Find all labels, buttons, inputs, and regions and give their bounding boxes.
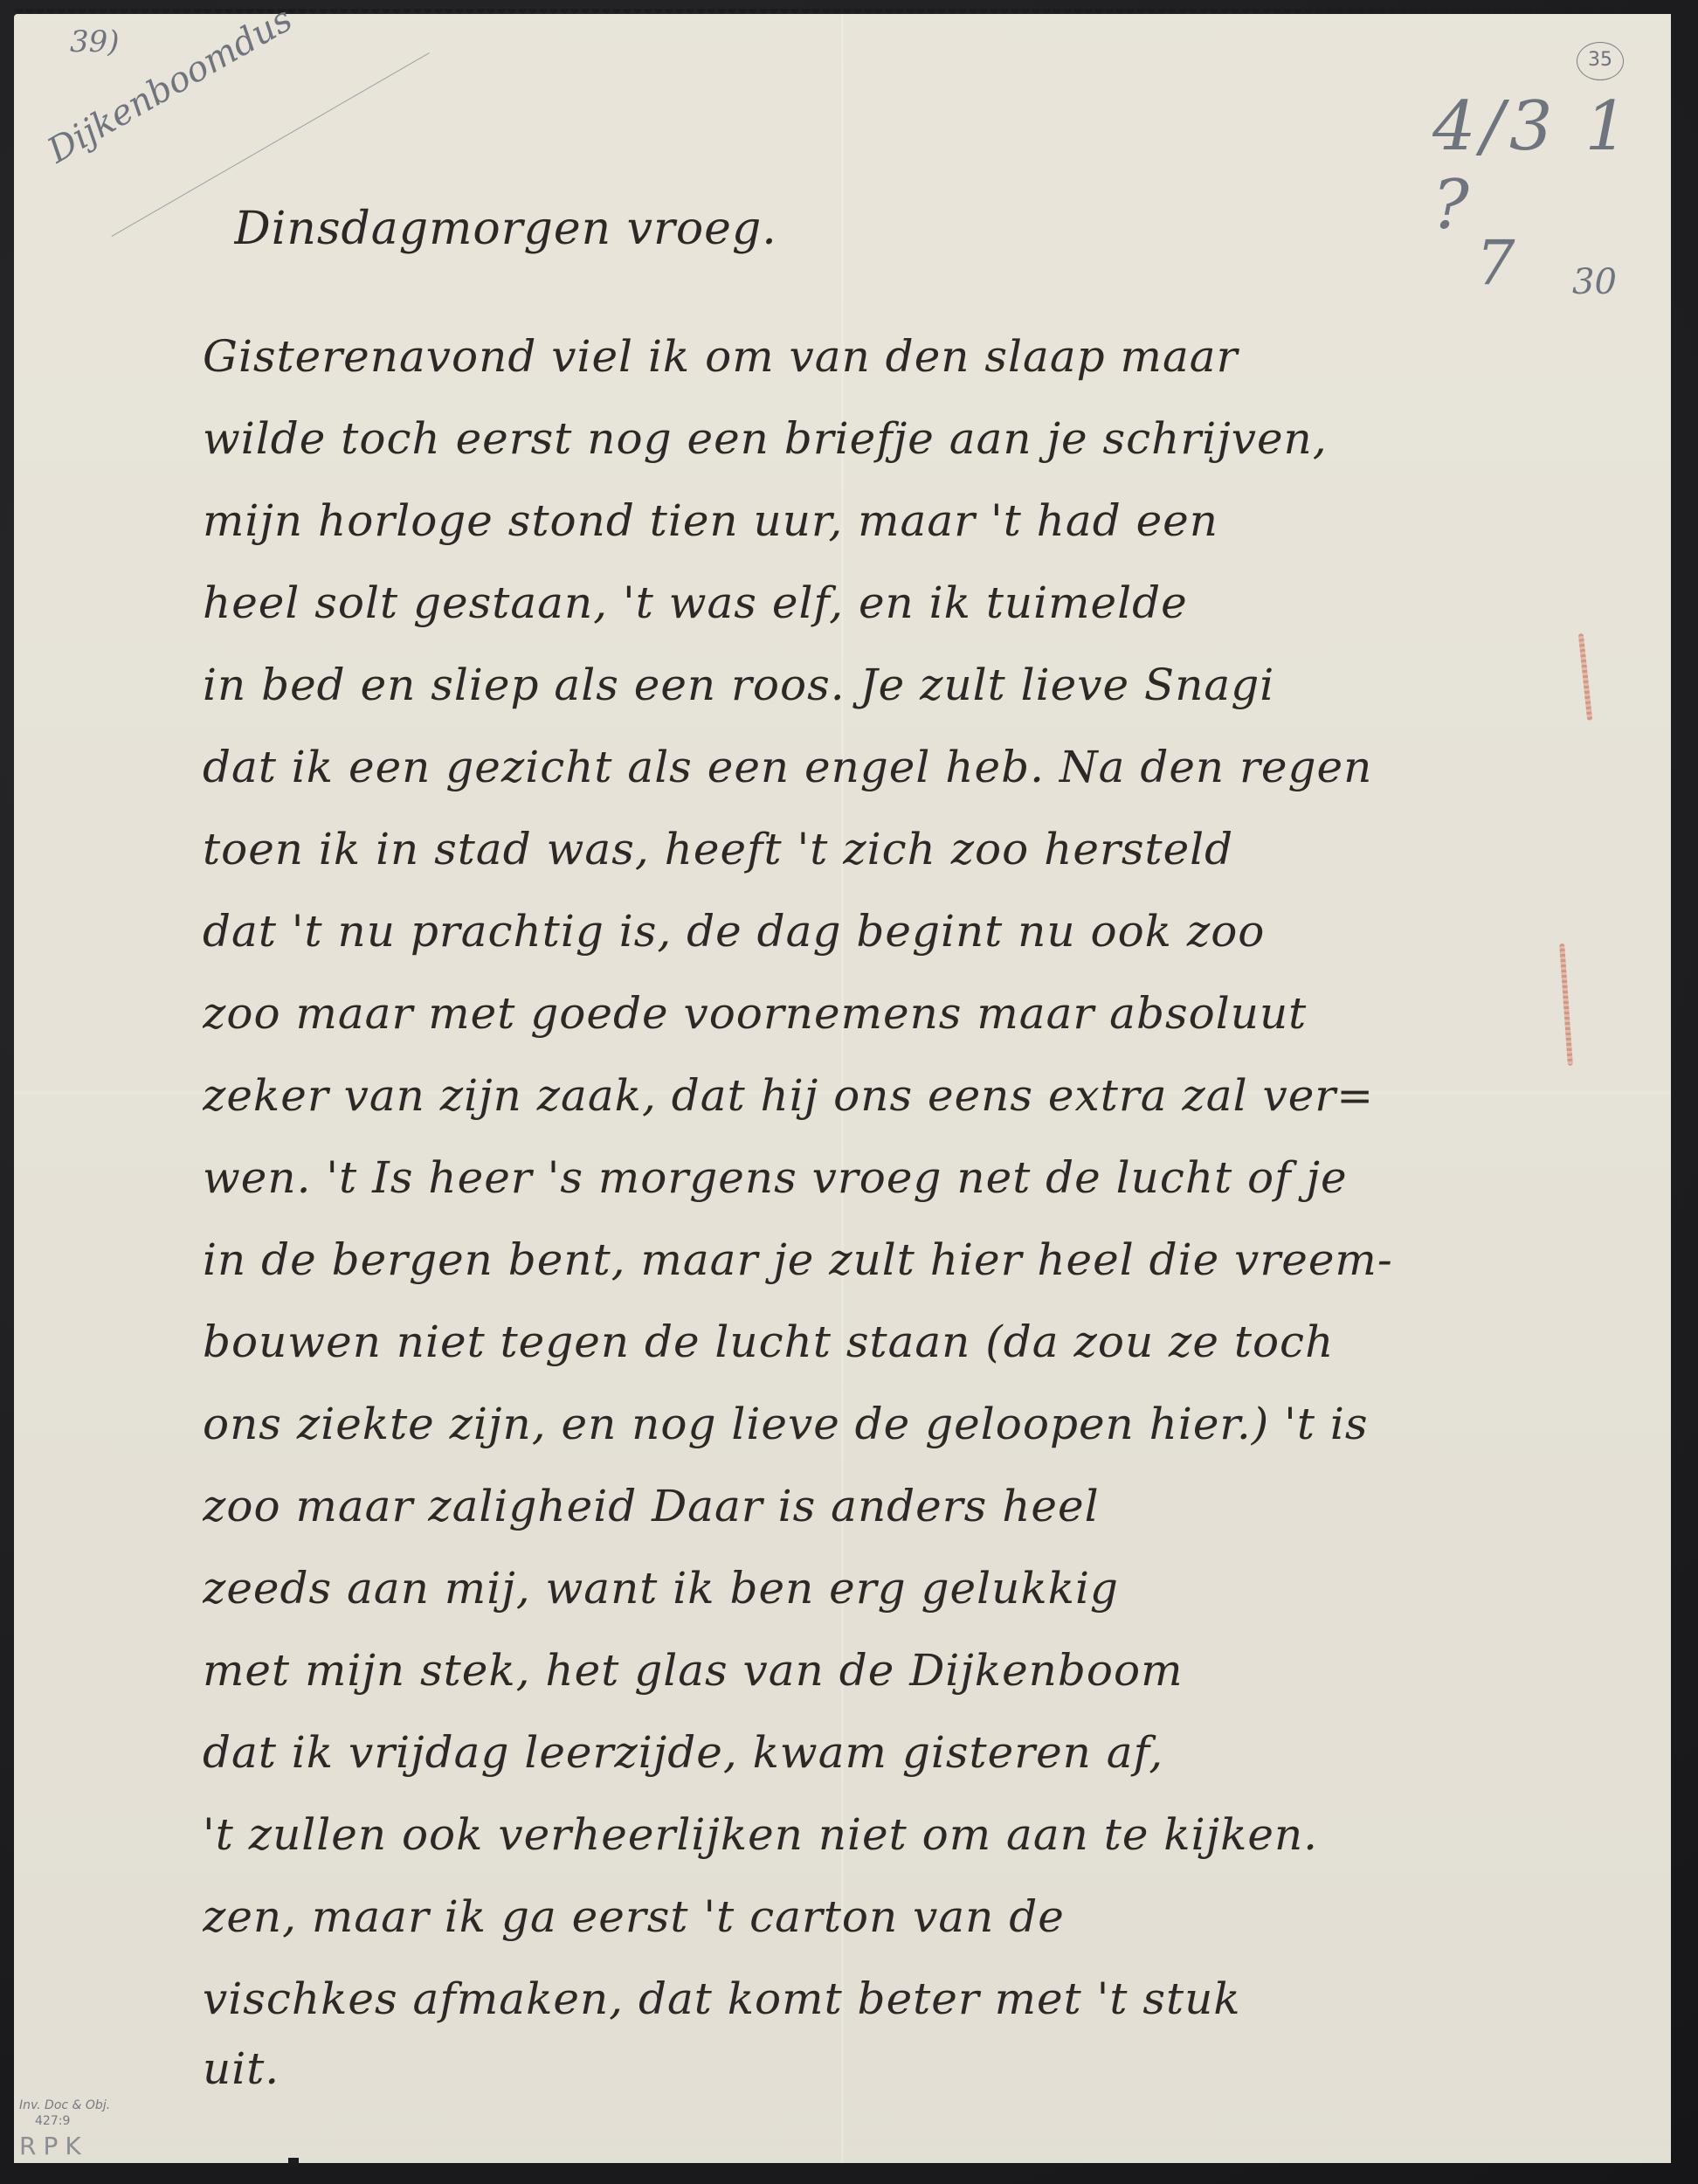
letter-line: ons ziekte zijn, en nog lieve de geloope… bbox=[203, 1398, 1513, 1450]
letter-line: wen. 't Is heer 's morgens vroeg net de … bbox=[203, 1151, 1513, 1204]
letter-heading: Dinsdagmorgen vroeg. bbox=[234, 203, 1544, 255]
letter-line: heel solt gestaan, 't was elf, en ik tui… bbox=[203, 577, 1513, 629]
letter-line: bouwen niet tegen de lucht staan (da zou… bbox=[203, 1316, 1513, 1368]
collection-stamp: RPK bbox=[19, 2132, 88, 2160]
letter-line: mijn horloge stond tien uur, maar 't had… bbox=[203, 494, 1513, 547]
letter-line: zeker van zijn zaak, dat hij ons eens ex… bbox=[203, 1069, 1513, 1122]
letter-line: vischkes afmaken, dat komt beter met 't … bbox=[203, 1973, 1513, 2025]
folio-number: 35 bbox=[1577, 42, 1624, 80]
letter-line: 't zullen ook verheerlijken niet om aan … bbox=[203, 1808, 1513, 1861]
letter-line: Gisterenavond viel ik om van den slaap m… bbox=[203, 330, 1513, 383]
letter-line: dat ik vrijdag leerzijde, kwam gisteren … bbox=[203, 1726, 1513, 1779]
letter-line: zoo maar met goede voornemens maar absol… bbox=[203, 987, 1513, 1040]
letter-line: zen, maar ik ga eerst 't carton van de bbox=[203, 1890, 1513, 1943]
inventory-stamp: Inv. Doc & Obj. bbox=[19, 2098, 110, 2112]
letter-line: met mijn stek, het glas van de Dijkenboo… bbox=[203, 1644, 1513, 1697]
letter-line: dat 't nu prachtig is, de dag begint nu … bbox=[203, 905, 1513, 957]
letter-line: dat ik een gezicht als een engel heb. Na… bbox=[203, 741, 1513, 793]
letter-line: zoo maar zaligheid Daar is anders heel bbox=[203, 1480, 1513, 1532]
letter-line: in bed en sliep als een roos. Je zult li… bbox=[203, 659, 1513, 711]
letter-line: toen ik in stad was, heeft 't zich zoo h… bbox=[203, 823, 1513, 875]
letter-line: in de bergen bent, maar je zult hier hee… bbox=[203, 1234, 1513, 1286]
date-annotation-year: 30 bbox=[1572, 262, 1617, 302]
paper-tear bbox=[288, 2158, 299, 2167]
letter-line: zeeds aan mij, want ik ben erg gelukkig bbox=[203, 1562, 1513, 1614]
letter-line: uit. bbox=[203, 2042, 1513, 2095]
inventory-number: 427:9 bbox=[35, 2114, 70, 2128]
letter-line: wilde toch eerst nog een briefje aan je … bbox=[203, 412, 1513, 465]
archive-number: 39) bbox=[70, 24, 120, 59]
